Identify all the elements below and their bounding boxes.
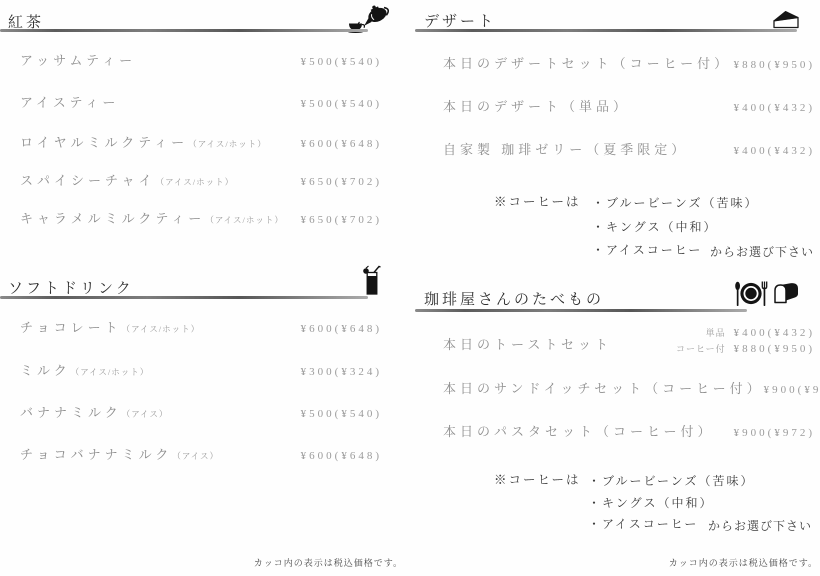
section-rule-softdrink [0, 296, 368, 299]
item-price: ¥650(¥702) [301, 214, 382, 226]
coffee-note-option: ・ブルービーンズ（苦味） [588, 472, 754, 489]
item-variant: （アイス/ホット） [188, 139, 267, 149]
item-name: スパイシーチャイ（アイス/ホット） [20, 170, 234, 189]
item-variant: （アイス/ホット） [205, 215, 284, 225]
bread-icon [771, 281, 802, 307]
menu-item-royal-milk-tea: ロイヤルミルクティー（アイス/ホット） ¥600(¥648) [20, 132, 382, 151]
item-variant: （アイス/ホット） [122, 324, 201, 334]
coffee-note-option: ・キングス（中和） [588, 494, 714, 511]
menu-item-caramel-milk-tea: キャラメルミルクティー（アイス/ホット） ¥650(¥702) [20, 208, 382, 227]
item-name: バナナミルク（アイス） [20, 402, 168, 421]
item-price: ¥300(¥324) [301, 366, 382, 378]
tax-note-left: カッコ内の表示は税込価格です。 [200, 556, 403, 569]
section-title-softdrink: ソフトドリンク [8, 277, 134, 298]
menu-item-ice-tea: アイスティー ¥500(¥540) [20, 92, 382, 111]
item-name: 本日のデザートセット（コーヒー付） [443, 53, 731, 72]
item-price: ¥500(¥540) [301, 408, 382, 420]
coffee-note-option: ・アイスコーヒー [592, 241, 702, 258]
section-rule-dessert [415, 29, 797, 32]
item-name: キャラメルミルクティー（アイス/ホット） [20, 208, 284, 227]
plate-cutlery-icon [733, 279, 769, 308]
item-name: 本日のトーストセット [443, 334, 612, 353]
drink-glass-icon [361, 265, 383, 298]
item-price: ¥500(¥540) [301, 98, 382, 110]
item-name: 本日のサンドイッチセット（コーヒー付） [443, 378, 764, 397]
menu-item-chocolate: チョコレート（アイス/ホット） ¥600(¥648) [20, 317, 382, 336]
toast-price-with-coffee: コーヒー付 ¥880(¥950) [600, 342, 815, 355]
menu-item-choco-banana-milk: チョコバナナミルク（アイス） ¥600(¥648) [20, 444, 382, 463]
item-name: チョコバナナミルク（アイス） [20, 444, 219, 463]
item-name: 本日のパスタセット（コーヒー付） [443, 421, 714, 440]
item-name: アッサムティー [20, 50, 136, 69]
item-name: ミルク（アイス/ホット） [20, 360, 149, 379]
section-title-food: 珈琲屋さんのたべもの [424, 288, 604, 309]
item-name: チョコレート（アイス/ホット） [20, 317, 200, 336]
item-price: ¥880(¥950) [734, 343, 815, 355]
item-price: ¥650(¥702) [301, 176, 382, 188]
menu-item-banana-milk: バナナミルク（アイス） ¥500(¥540) [20, 402, 382, 421]
item-variant: （アイス/ホット） [71, 367, 150, 377]
item-name: ロイヤルミルクティー（アイス/ホット） [20, 132, 267, 151]
menu-item-pasta-set: 本日のパスタセット（コーヒー付） ¥900(¥972) [443, 421, 815, 440]
coffee-note-suffix: からお選び下さい [710, 243, 814, 260]
item-price: ¥400(¥432) [734, 327, 815, 339]
item-price: ¥600(¥648) [301, 323, 382, 335]
item-price: ¥600(¥648) [301, 450, 382, 462]
coffee-note-option: ・キングス（中和） [592, 218, 718, 235]
coffee-note-prefix: ※コーヒーは [494, 192, 581, 210]
menu-item-milk: ミルク（アイス/ホット） ¥300(¥324) [20, 360, 382, 379]
item-name: アイスティー [20, 92, 119, 111]
item-variant: （アイス） [122, 409, 169, 419]
coffee-note-option: ・アイスコーヒー [588, 515, 698, 532]
coffee-note-prefix: ※コーヒーは [494, 470, 581, 488]
menu-item-coffee-jelly: 自家製 珈琲ゼリー（夏季限定） ¥400(¥432) [443, 139, 815, 158]
menu-item-assam-tea: アッサムティー ¥500(¥540) [20, 50, 382, 69]
item-price: ¥400(¥432) [734, 102, 815, 114]
menu-item-spicy-chai: スパイシーチャイ（アイス/ホット） ¥650(¥702) [20, 170, 382, 189]
toast-price-single: 単品 ¥400(¥432) [600, 326, 815, 339]
price-label: 単品 [706, 326, 726, 339]
cake-slice-icon [771, 7, 801, 31]
item-name: 本日のデザート（単品） [443, 96, 630, 115]
section-rule-food [415, 309, 747, 312]
menu-page: 紅茶 アッサムティー ¥500(¥540) アイスティー ¥500(¥540) … [0, 0, 820, 576]
price-label: コーヒー付 [676, 342, 726, 355]
item-variant: （アイス） [172, 451, 219, 461]
item-price: ¥500(¥540) [301, 56, 382, 68]
item-price: ¥900(¥972) [764, 384, 820, 396]
section-rule-tea [0, 29, 368, 32]
item-price: ¥400(¥432) [734, 145, 815, 157]
item-name: 自家製 珈琲ゼリー（夏季限定） [443, 139, 688, 158]
item-variant: （アイス/ホット） [156, 177, 235, 187]
section-title-dessert: デザート [424, 10, 496, 31]
menu-item-dessert-set: 本日のデザートセット（コーヒー付） ¥880(¥950) [443, 53, 815, 72]
menu-item-sandwich-set: 本日のサンドイッチセット（コーヒー付） ¥900(¥972) [443, 378, 815, 397]
item-price: ¥880(¥950) [734, 59, 815, 71]
tax-note-right: カッコ内の表示は税込価格です。 [615, 556, 818, 569]
coffee-note-option: ・ブルービーンズ（苦味） [592, 194, 758, 211]
menu-item-dessert-single: 本日のデザート（単品） ¥400(¥432) [443, 96, 815, 115]
item-price: ¥900(¥972) [734, 427, 815, 439]
item-price: ¥600(¥648) [301, 138, 382, 150]
coffee-note-suffix: からお選び下さい [708, 517, 812, 534]
